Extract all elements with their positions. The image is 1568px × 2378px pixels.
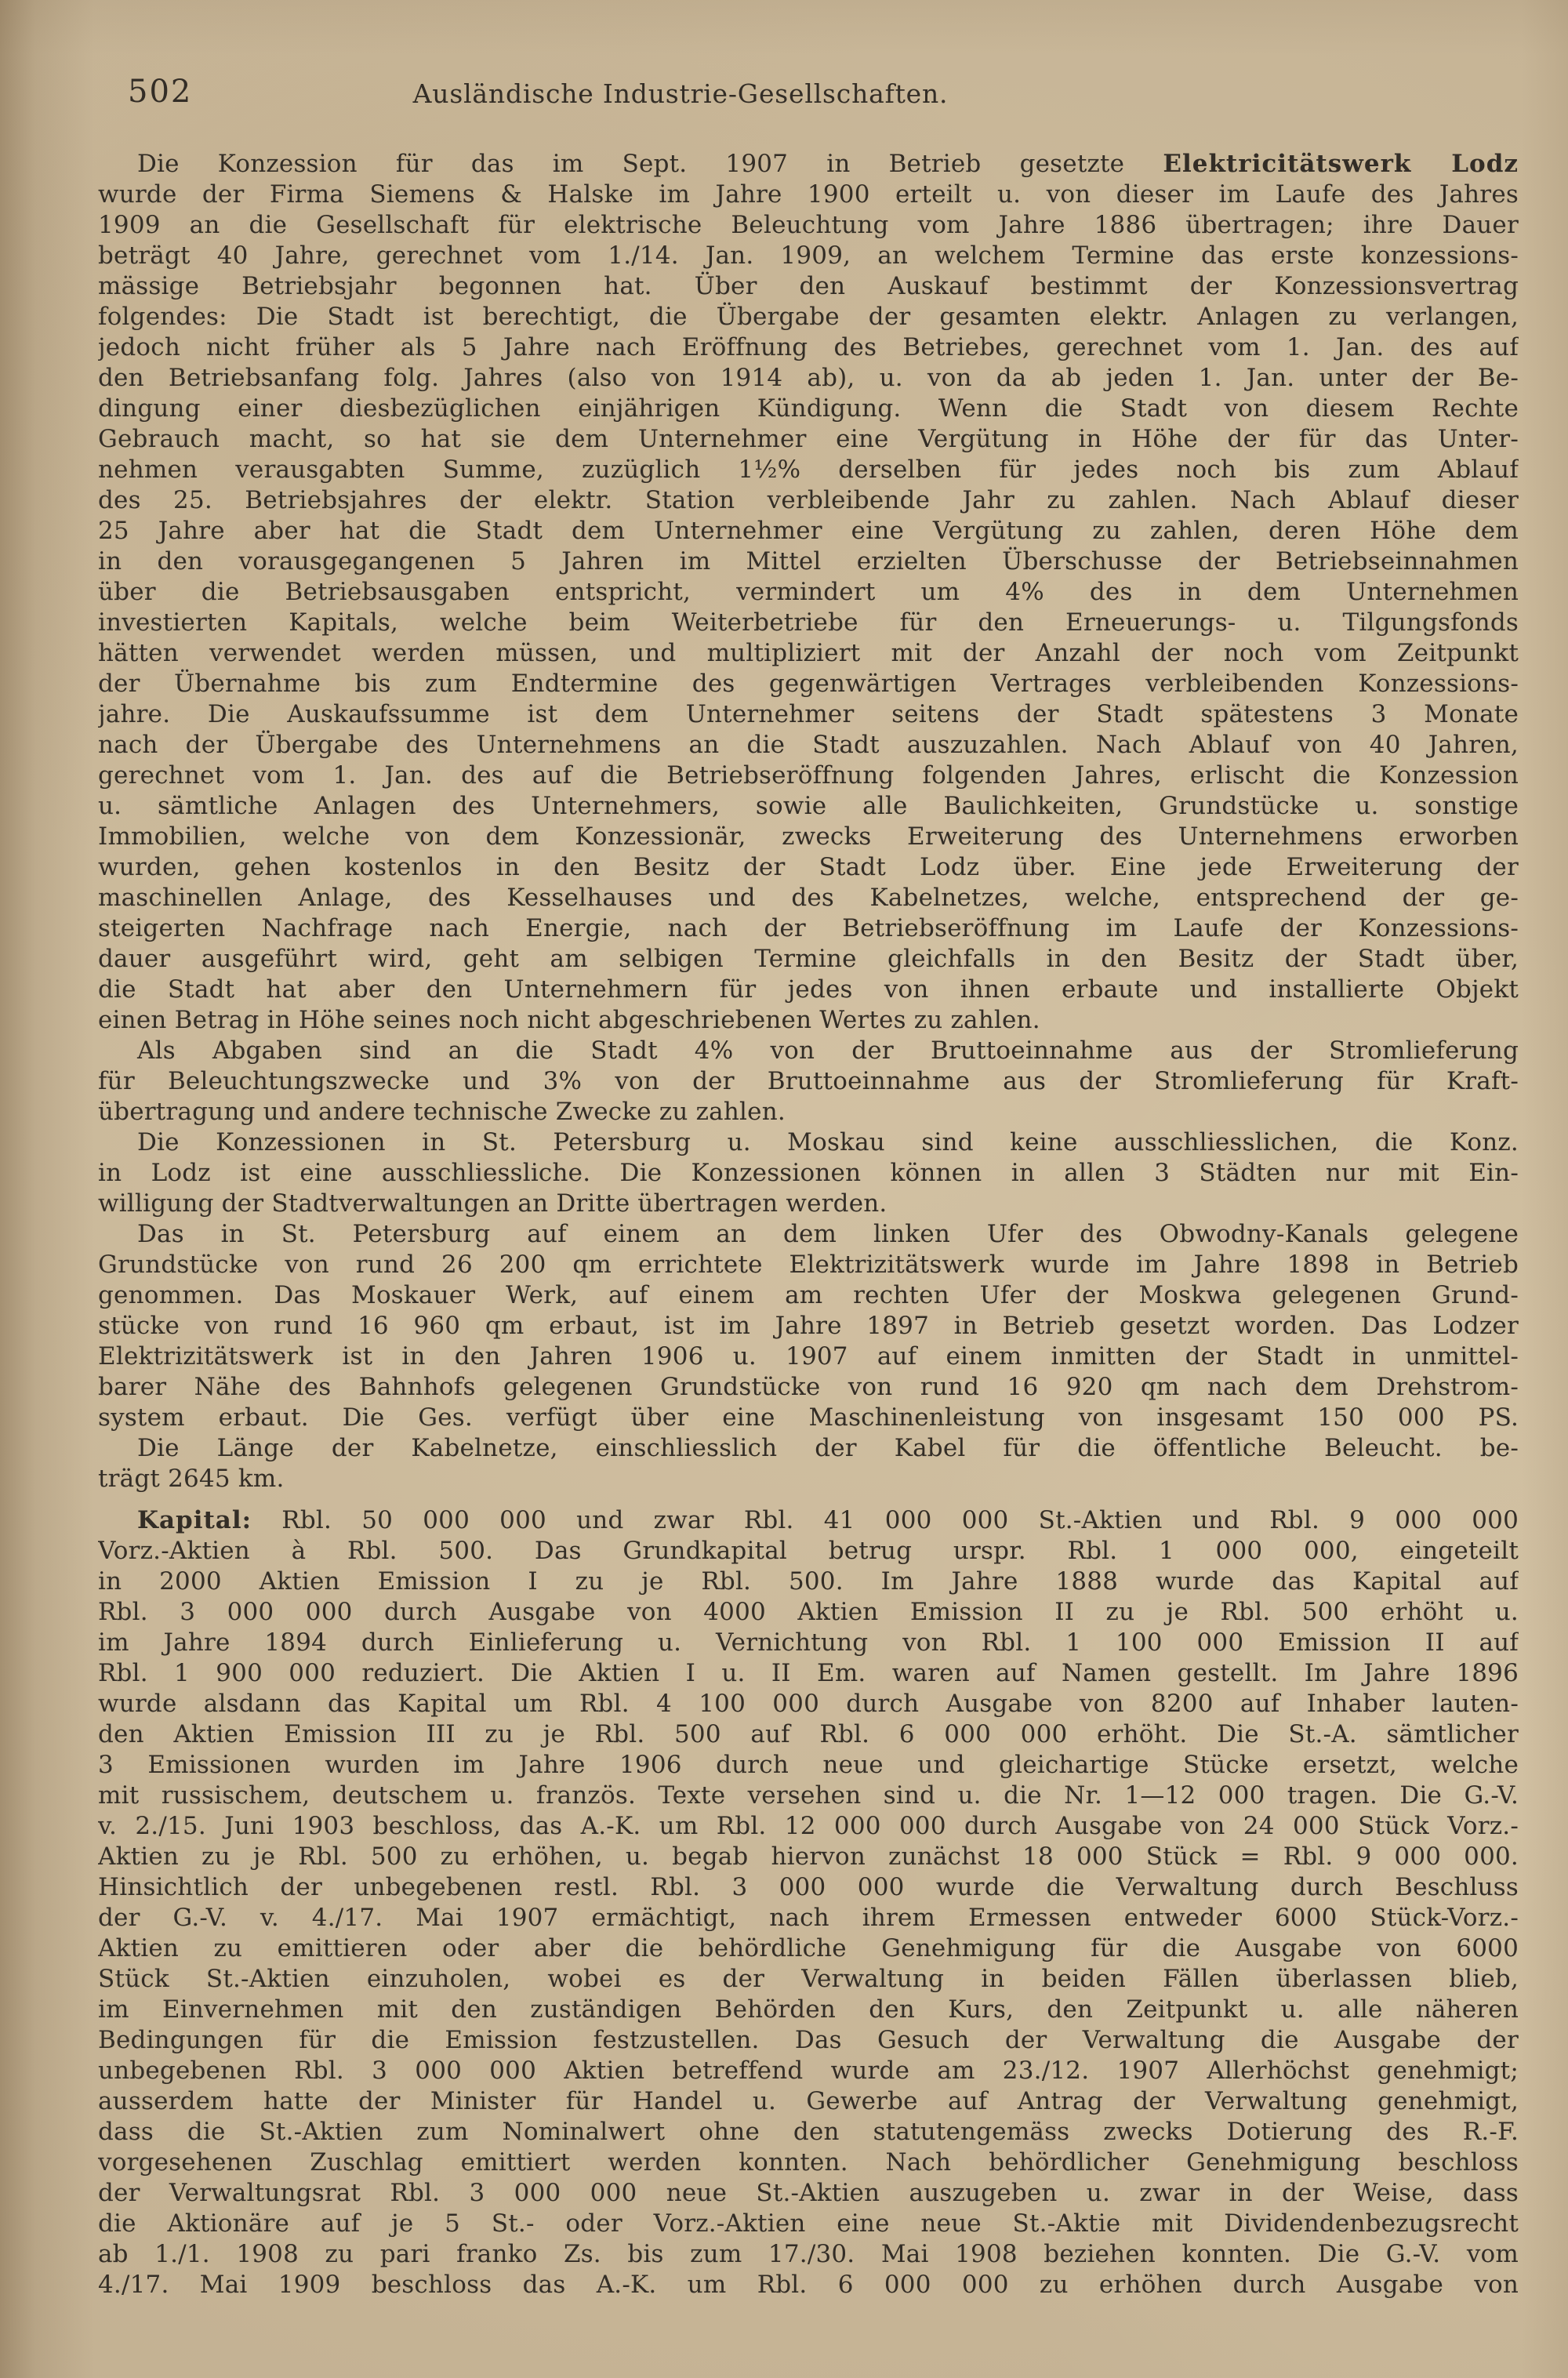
text-line: nehmen verausgabten Summe, zuzüglich 1½%… — [98, 455, 1519, 485]
text-line: folgendes: Die Stadt ist berechtigt, die… — [98, 302, 1519, 332]
page-number: 502 — [128, 74, 192, 110]
text-line: ab 1./1. 1908 zu pari franko Zs. bis zum… — [98, 2239, 1519, 2270]
text-line: Vorz.-Aktien à Rbl. 500. Das Grundkapita… — [98, 1536, 1519, 1567]
text-line: dingung einer diesbezüglichen einjährige… — [98, 394, 1519, 424]
paragraph-kabelnetz-laenge: Die Länge der Kabelnetze, einschliesslic… — [98, 1433, 1519, 1494]
text-line: stücke von rund 16 960 qm erbaut, ist im… — [98, 1311, 1519, 1341]
text-line: über die Betriebsausgaben entspricht, ve… — [98, 577, 1519, 608]
text-line: wurden, gehen kostenlos in den Besitz de… — [98, 852, 1519, 883]
text-line: Immobilien, welche von dem Konzessionär,… — [98, 822, 1519, 852]
text-line: einen Betrag in Höhe seines noch nicht a… — [98, 1005, 1519, 1036]
text-line: den Aktien Emission III zu je Rbl. 500 a… — [98, 1719, 1519, 1750]
text-line: des 25. Betriebsjahres der elektr. Stati… — [98, 485, 1519, 516]
text-line: in den vorausgegangenen 5 Jahren im Mitt… — [98, 546, 1519, 577]
text-line: Bedingungen für die Emission festzustell… — [98, 2025, 1519, 2056]
text-line: Die Konzession für das im Sept. 1907 in … — [98, 149, 1519, 180]
text-line: Gebrauch macht, so hat sie dem Unternehm… — [98, 424, 1519, 455]
text-line: maschinellen Anlage, des Kesselhauses un… — [98, 883, 1519, 913]
text-line: nach der Übergabe des Unternehmens an di… — [98, 730, 1519, 761]
paragraph-konzession-lodz: Die Konzession für das im Sept. 1907 in … — [98, 149, 1519, 1036]
running-title: Ausländische Industrie-Gesellschaften. — [413, 78, 949, 109]
text-line: beträgt 40 Jahre, gerechnet vom 1./14. J… — [98, 241, 1519, 271]
text-line: die Stadt hat aber den Unternehmern für … — [98, 975, 1519, 1005]
text-line: im Einvernehmen mit den zuständigen Behö… — [98, 1995, 1519, 2025]
text-line: mässige Betriebsjahr begonnen hat. Über … — [98, 271, 1519, 302]
text-line: für Beleuchtungszwecke und 3% von der Br… — [98, 1066, 1519, 1097]
text-line: den Betriebsanfang folg. Jahres (also vo… — [98, 363, 1519, 394]
text-line: dauer ausgeführt wird, geht am selbigen … — [98, 944, 1519, 975]
text-line: steigerten Nachfrage nach Energie, nach … — [98, 913, 1519, 944]
text-line: ausserdem hatte der Minister für Handel … — [98, 2086, 1519, 2117]
text-line: Hinsichtlich der unbegebenen restl. Rbl.… — [98, 1872, 1519, 1903]
text-line: die Aktionäre auf je 5 St.- oder Vorz.-A… — [98, 2209, 1519, 2239]
text-line: der Verwaltungsrat Rbl. 3 000 000 neue S… — [98, 2178, 1519, 2209]
text-line: wurde alsdann das Kapital um Rbl. 4 100 … — [98, 1689, 1519, 1719]
text-line: übertragung und andere technische Zwecke… — [98, 1097, 1519, 1127]
text-line: system erbaut. Die Ges. verfügt über ein… — [98, 1403, 1519, 1433]
text-line: 1909 an die Gesellschaft für elektrische… — [98, 210, 1519, 241]
paragraph-konzessionen-ausschliesslichkeit: Die Konzessionen in St. Petersburg u. Mo… — [98, 1127, 1519, 1219]
text-line: trägt 2645 km. — [98, 1464, 1519, 1494]
text-line: genommen. Das Moskauer Werk, auf einem a… — [98, 1280, 1519, 1311]
text-line: Grundstücke von rund 26 200 qm errichtet… — [98, 1250, 1519, 1280]
text-line: der G.-V. v. 4./17. Mai 1907 ermächtigt,… — [98, 1903, 1519, 1933]
text-line: wurde der Firma Siemens & Halske im Jahr… — [98, 180, 1519, 210]
text-line: gerechnet vom 1. Jan. des auf die Betrie… — [98, 761, 1519, 791]
text-line: Die Länge der Kabelnetze, einschliesslic… — [98, 1433, 1519, 1464]
text-line: in Lodz ist eine ausschliessliche. Die K… — [98, 1158, 1519, 1189]
text-line: in 2000 Aktien Emission I zu je Rbl. 500… — [98, 1567, 1519, 1597]
text-line: Stück St.-Aktien einzuholen, wobei es de… — [98, 1964, 1519, 1995]
paragraph-werke-grundstuecke: Das in St. Petersburg auf einem an dem l… — [98, 1219, 1519, 1433]
text-line: Das in St. Petersburg auf einem an dem l… — [98, 1219, 1519, 1250]
text-line: Aktien zu emittieren oder aber die behör… — [98, 1933, 1519, 1964]
text-line: jahre. Die Auskaufssumme ist dem Unterne… — [98, 699, 1519, 730]
text-line: Elektrizitätswerk ist in den Jahren 1906… — [98, 1341, 1519, 1372]
text-line: Als Abgaben sind an die Stadt 4% von der… — [98, 1036, 1519, 1066]
text-line: Aktien zu je Rbl. 500 zu erhöhen, u. beg… — [98, 1842, 1519, 1872]
paragraph-kapital: Kapital: Rbl. 50 000 000 und zwar Rbl. 4… — [98, 1505, 1519, 2300]
text-line: investierten Kapitals, welche beim Weite… — [98, 608, 1519, 638]
text-block: Die Konzession für das im Sept. 1907 in … — [98, 149, 1519, 2300]
text-line: willigung der Stadtverwaltungen an Dritt… — [98, 1189, 1519, 1219]
text-line: unbegebenen Rbl. 3 000 000 Aktien betref… — [98, 2056, 1519, 2086]
text-line: im Jahre 1894 durch Einlieferung u. Vern… — [98, 1628, 1519, 1658]
text-line: jedoch nicht früher als 5 Jahre nach Erö… — [98, 332, 1519, 363]
paragraph-abgaben: Als Abgaben sind an die Stadt 4% von der… — [98, 1036, 1519, 1127]
book-page: 502 Ausländische Industrie-Gesellschafte… — [0, 0, 1568, 2378]
page-header: 502 Ausländische Industrie-Gesellschafte… — [0, 0, 1568, 133]
text-line: vorgesehenen Zuschlag emittiert werden k… — [98, 2147, 1519, 2178]
text-line: Rbl. 1 900 000 reduziert. Die Aktien I u… — [98, 1658, 1519, 1689]
text-line: dass die St.-Aktien zum Nominalwert ohne… — [98, 2117, 1519, 2147]
text-line: der Übernahme bis zum Endtermine des geg… — [98, 669, 1519, 699]
text-line: v. 2./15. Juni 1903 beschloss, das A.-K.… — [98, 1811, 1519, 1842]
text-line: mit russischem, deutschem u. französ. Te… — [98, 1781, 1519, 1811]
text-line: 4./17. Mai 1909 beschloss das A.-K. um R… — [98, 2270, 1519, 2300]
text-line: Rbl. 3 000 000 durch Ausgabe von 4000 Ak… — [98, 1597, 1519, 1628]
text-line: hätten verwendet werden müssen, und mult… — [98, 638, 1519, 669]
text-line: Die Konzessionen in St. Petersburg u. Mo… — [98, 1127, 1519, 1158]
text-line: u. sämtliche Anlagen des Unternehmers, s… — [98, 791, 1519, 822]
text-line: Kapital: Rbl. 50 000 000 und zwar Rbl. 4… — [98, 1505, 1519, 1536]
text-line: 3 Emissionen wurden im Jahre 1906 durch … — [98, 1750, 1519, 1781]
text-line: barer Nähe des Bahnhofs gelegenen Grunds… — [98, 1372, 1519, 1403]
text-line: 25 Jahre aber hat die Stadt dem Unterneh… — [98, 516, 1519, 546]
